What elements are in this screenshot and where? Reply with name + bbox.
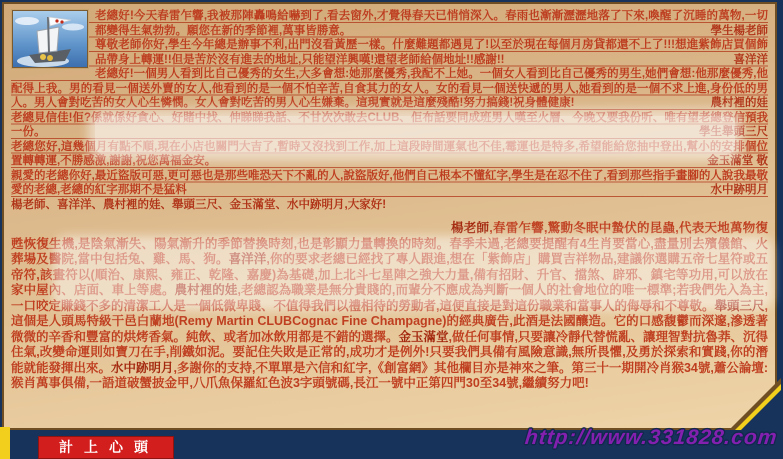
mentioned-name: 舉頭三尺 [715, 299, 765, 313]
letter-paper: 老總好!今天春雷乍響,我被那陣轟鳴給嚇到了,看去窗外,才覺得春天已悄悄深入。春雨… [2, 2, 777, 430]
letters: 老總好!今天春雷乍響,我被那陣轟鳴給嚇到了,看去窗外,才覺得春天已悄悄深入。春雨… [11, 9, 768, 198]
reply-greeting: 楊老師、喜洋洋、農村裡的娃、舉頭三尺、金玉滿堂、水中跡明月,大家好! [11, 198, 768, 213]
letter-signature: 學生楊老師 [711, 24, 769, 39]
letter-body: 老總好!一個男人看到比自己優秀的女生,大多會想:她那麼優秀,我配不上她。一個女人… [11, 68, 768, 109]
letter: 老總見信佳!佢?係就係好貪心、好賭中找、伸睇睇我話、不甘次次敢去CLUB、佢布話… [11, 111, 768, 140]
paper-content: 老總好!今天春雷乍響,我被那陣轟鳴給嚇到了,看去窗外,才覺得春天已悄悄深入。春雨… [4, 4, 775, 428]
letter-body: 老總見信佳!佢?係就係好貪心、好賭中找、伸睇睇我話、不甘次次敢去CLUB、佢布話… [11, 112, 768, 139]
letter-signature: 喜洋洋 [734, 53, 769, 68]
letter: 老總好!一個男人看到比自己優秀的女生,大多會想:她那麼優秀,我配不上她。一個女人… [11, 67, 768, 111]
mentioned-name: 農村裡的娃 [175, 283, 238, 297]
page: 老總好!今天春雷乍響,我被那陣轟鳴給嚇到了,看去窗外,才覺得春天已悄悄深入。春雨… [0, 0, 783, 459]
website-url[interactable]: http://www.331828.com [523, 426, 778, 450]
left-accent-strip [0, 427, 10, 459]
letter-signature: 學生舉頭三尺 [699, 125, 768, 140]
mentioned-name: 水中跡明月 [111, 361, 174, 375]
letter: 老總好!今天春雷乍響,我被那陣轟鳴給嚇到了,看去窗外,才覺得春天已悄悄深入。春雨… [11, 9, 768, 38]
letter: 老總您好,這幾個月有點不順,現在小店也關門大吉了,暫時又沒找到工作,加上這段時間… [11, 140, 768, 169]
mentioned-name: 喜洋洋 [229, 252, 267, 266]
letter-body: 尊敬老師你好,學生今年總是辦事不利,出門沒看黃歷一樣。什麼難題都遇見了!以至於現… [95, 39, 768, 66]
letter-signature: 金玉滿堂 敬 [707, 154, 768, 169]
letter-signature: 水中跡明月 [711, 183, 769, 198]
mentioned-name: 金玉滿堂 [399, 330, 449, 344]
mentioned-name: 楊老師 [451, 221, 489, 235]
letter: 親愛的老總你好,最近盜版可惡,更可惡也是那些唯恐天下不亂的人,說盜版好,他們自己… [11, 169, 768, 198]
corner-cut [741, 390, 781, 430]
letter-body: 老總好!今天春雷乍響,我被那陣轟鳴給嚇到了,看去窗外,才覺得春天已悄悄深入。春雨… [95, 10, 768, 37]
reply-paragraph: 楊老師,春雷乍響,驚動冬眠中蟄伏的昆蟲,代表天地萬物復甦恢復生機,是陰氣漸失、陽… [11, 221, 768, 392]
section-badge[interactable]: 計上心頭 [38, 436, 174, 459]
letter-signature: 農村裡的娃 [711, 96, 769, 111]
letter-body: 老總您好,這幾個月有點不順,現在小店也關門大吉了,暫時又沒找到工作,加上這段時間… [11, 141, 768, 168]
letter-body: 親愛的老總你好,最近盜版可惡,更可惡也是那些唯恐天下不亂的人,說盜版好,他們自己… [11, 170, 768, 197]
letter: 尊敬老師你好,學生今年總是辦事不利,出門沒看黃歷一樣。什麼難題都遇見了!以至於現… [11, 38, 768, 67]
